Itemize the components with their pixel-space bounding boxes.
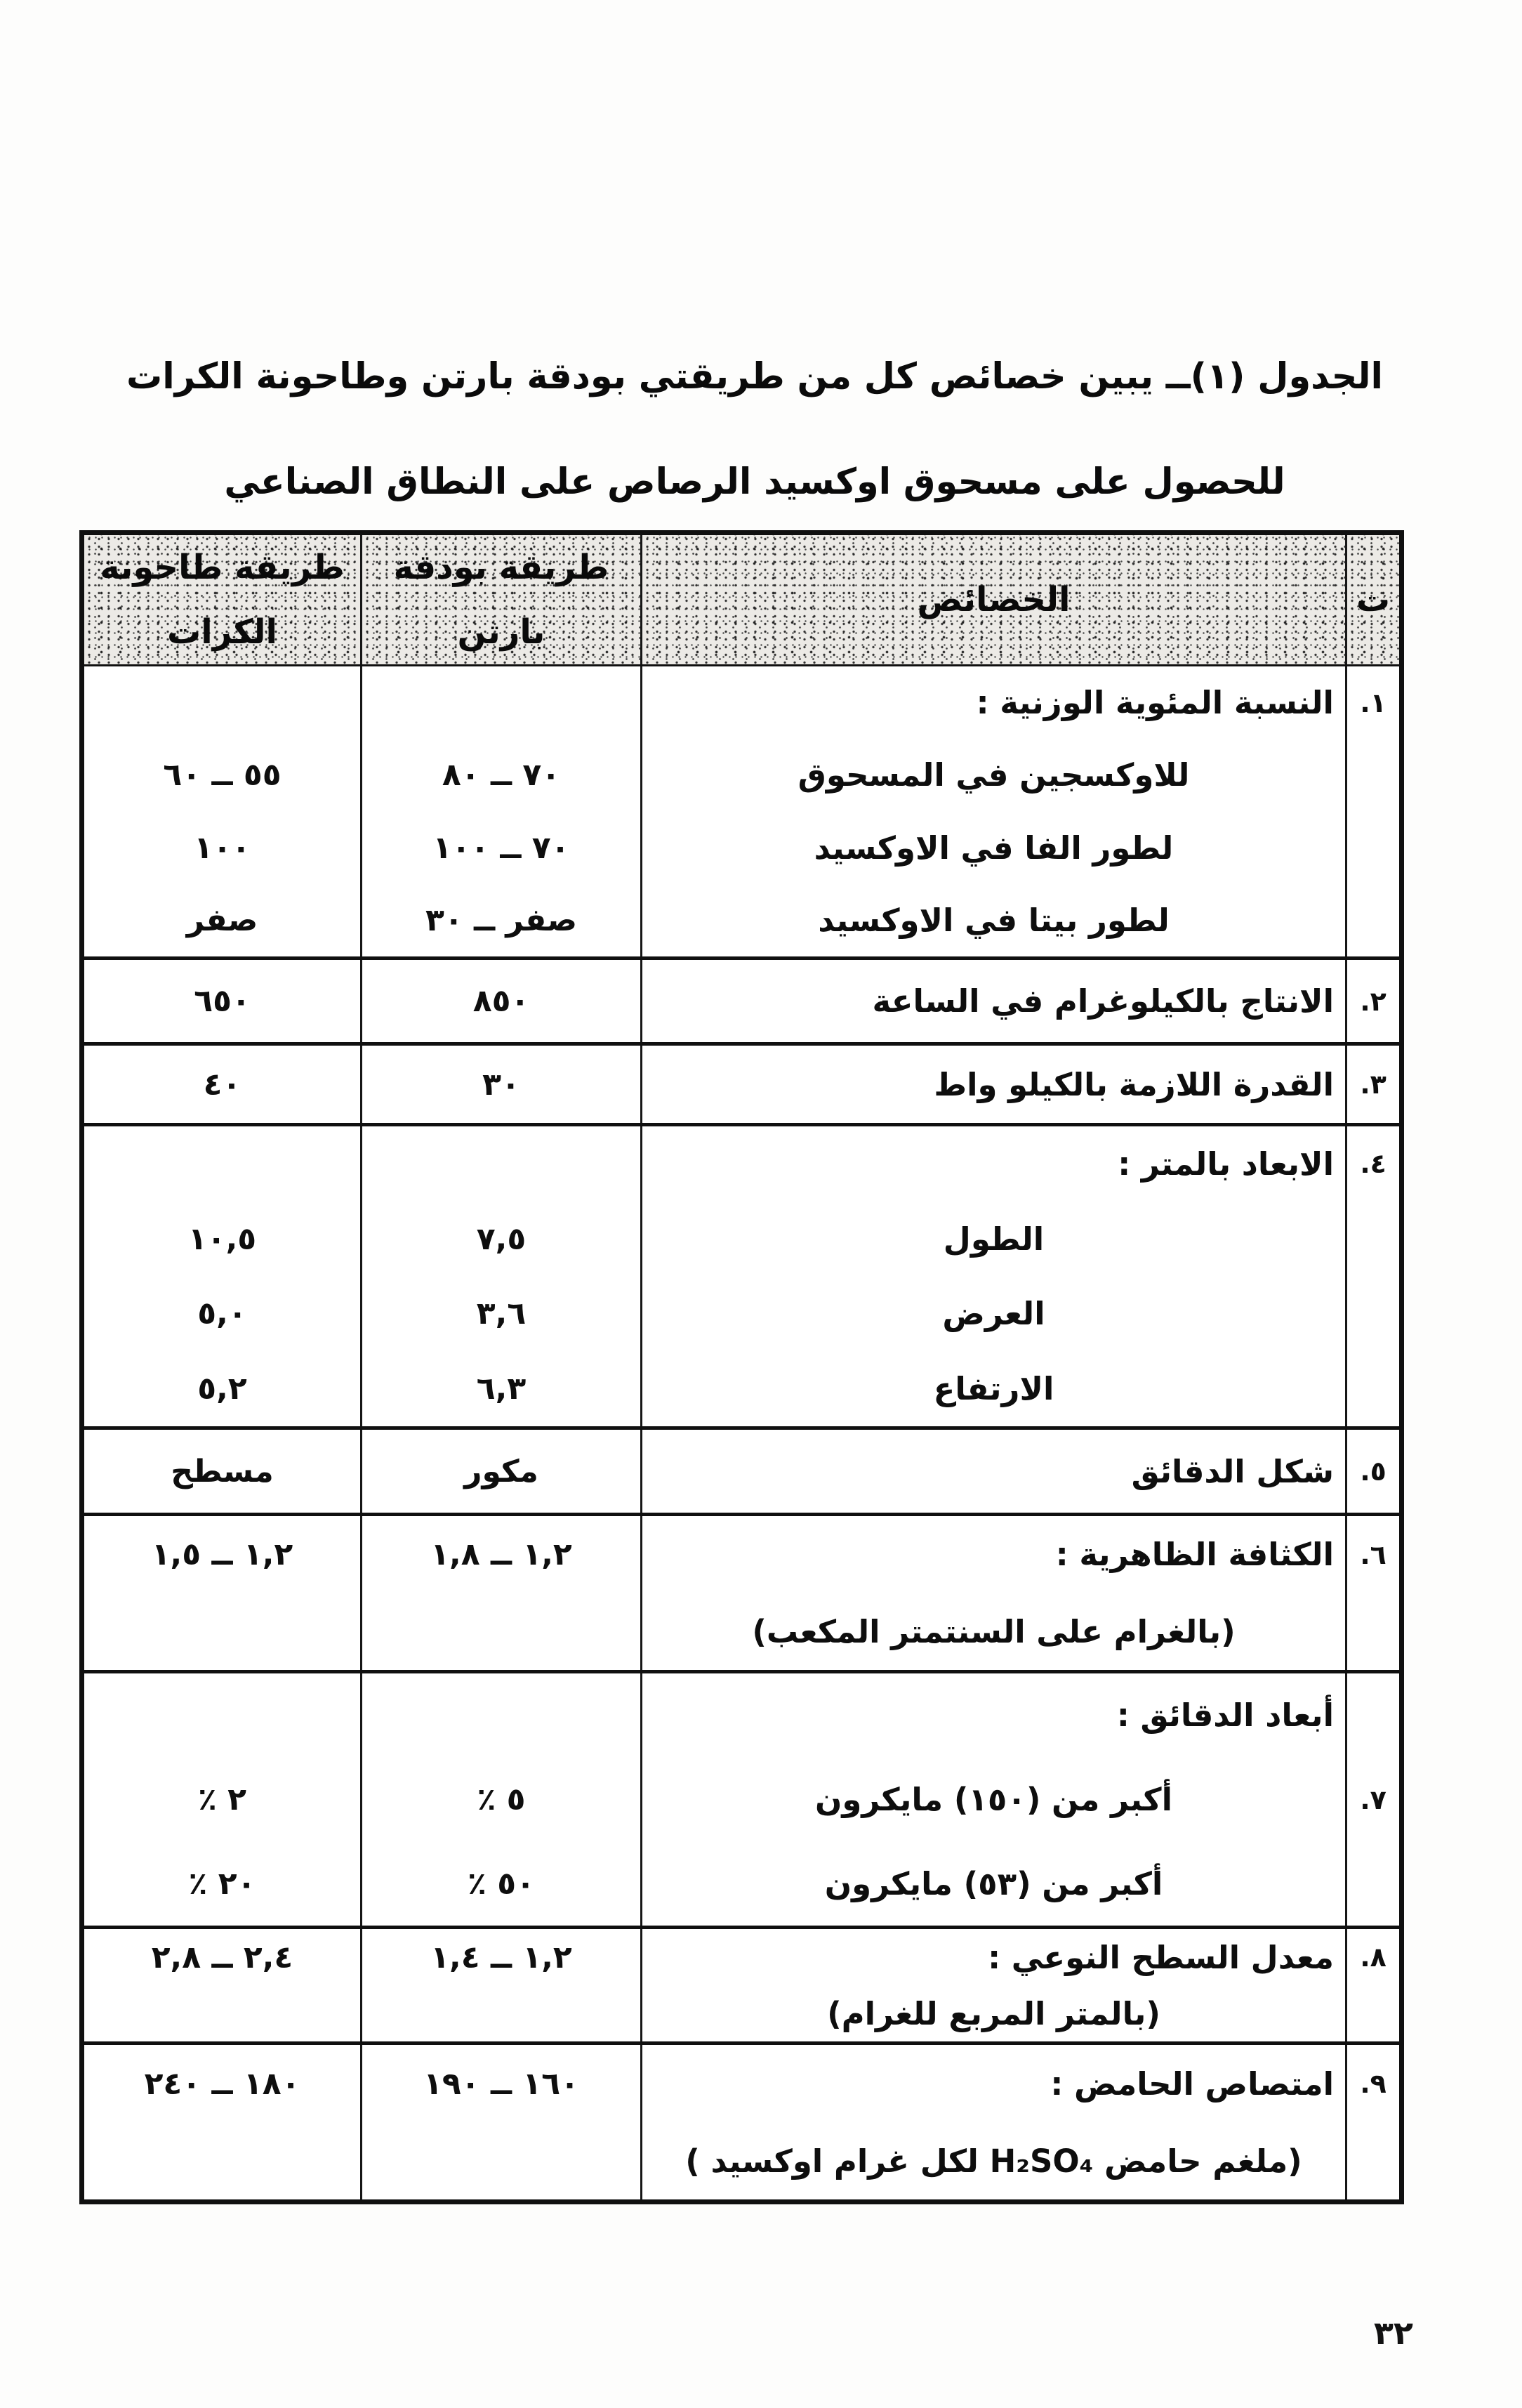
- row-number: ٥.: [1360, 1456, 1387, 1487]
- barton-value: ٦,٣: [477, 1371, 526, 1407]
- ballmill-value: ١٠٠: [194, 830, 251, 866]
- barton-value: صفر ــ ٣٠: [425, 902, 577, 938]
- row-number: ٧.: [1360, 1784, 1387, 1815]
- row-number: ٤.: [1360, 1148, 1387, 1179]
- barton-value-line: ٧٠ ــ ١٠٠: [362, 812, 640, 884]
- ballmill-value-line: [84, 1673, 360, 1758]
- table-row: ١.النسبة المئوية الوزنية :للاوكسجين في ا…: [84, 666, 1399, 960]
- row-number: ٦.: [1360, 1539, 1387, 1570]
- characteristic-cell: الانتاج بالكيلوغرام في الساعة: [640, 960, 1345, 1042]
- row-number-cell: ٥.: [1345, 1430, 1399, 1513]
- barton-value-cell: مكور: [360, 1430, 640, 1513]
- row-number: ٢.: [1360, 986, 1387, 1017]
- barton-value-line: ٧,٥: [362, 1202, 640, 1277]
- characteristic-cell: امتصاص الحامض :(ملغم حامض H₂SO₄ لكل غرام…: [640, 2045, 1345, 2199]
- ballmill-value: مسطح: [171, 1454, 274, 1489]
- barton-value-line: ١,٢ ــ ١,٤: [362, 1929, 640, 1985]
- document-page: الجدول (١)ــ يبين خصائص كل من طريقتي بود…: [0, 0, 1522, 2408]
- row-number-line: ٦.: [1347, 1516, 1399, 1593]
- ballmill-value: ٥,٠: [197, 1296, 246, 1331]
- ballmill-value-cell: ١٠,٥٥,٠٥,٢: [84, 1126, 360, 1426]
- table-row: ٦.الكثافة الظاهرية :(بالغرام على السنتمت…: [84, 1516, 1399, 1673]
- header-cell-ballmill-method: طريقة طاحونة الكرات: [84, 535, 360, 664]
- header-cell-number: ت: [1345, 535, 1399, 664]
- barton-value-cell: ٧,٥٣,٦٦,٣: [360, 1126, 640, 1426]
- row-number-line: ٨.: [1347, 1929, 1399, 1985]
- barton-value: مكور: [464, 1454, 538, 1489]
- ballmill-value-cell: ١٨٠ ــ ٢٤٠: [84, 2045, 360, 2199]
- barton-value-cell: ١٦٠ ــ ١٩٠: [360, 2045, 640, 2199]
- ballmill-value: ٢٠ ٪: [189, 1866, 256, 1902]
- characteristic-label: أكبر من (١٥٠) مايكرون: [815, 1781, 1172, 1818]
- ballmill-value-line: [84, 666, 360, 739]
- table-row: ٨.معدل السطح النوعي :(بالمتر المربع للغر…: [84, 1929, 1399, 2045]
- row-number-line: [1347, 1673, 1399, 1758]
- ballmill-value-cell: ٤٠: [84, 1046, 360, 1123]
- characteristic-label: معدل السطح النوعي :: [988, 1939, 1334, 1976]
- table-title-line-1: الجدول (١)ــ يبين خصائص كل من طريقتي بود…: [84, 324, 1425, 430]
- row-number-cell: ١.: [1345, 666, 1399, 956]
- characteristic-label: (ملغم حامض H₂SO₄ لكل غرام اوكسيد ): [685, 2143, 1302, 2180]
- characteristic-label-line: العرض: [642, 1277, 1345, 1352]
- row-number-line: [1347, 1593, 1399, 1671]
- table-title-line-2: للحصول على مسحوق اوكسيد الرصاص على النطا…: [84, 430, 1425, 535]
- characteristic-label-line: الانتاج بالكيلوغرام في الساعة: [642, 960, 1345, 1042]
- characteristic-label-line: أكبر من (١٥٠) مايكرون: [642, 1758, 1345, 1842]
- table-row: ٧.أبعاد الدقائق :أكبر من (١٥٠) مايكرونأك…: [84, 1673, 1399, 1929]
- characteristic-label-line: النسبة المئوية الوزنية :: [642, 666, 1345, 739]
- row-number-line: ٢.: [1347, 960, 1399, 1042]
- ballmill-value-line: [84, 1126, 360, 1202]
- characteristic-cell: شكل الدقائق: [640, 1430, 1345, 1513]
- characteristic-cell: الكثافة الظاهرية :(بالغرام على السنتمتر …: [640, 1516, 1345, 1670]
- barton-value: ١٦٠ ــ ١٩٠: [423, 2066, 579, 2102]
- barton-value: ٣,٦: [477, 1296, 526, 1331]
- characteristic-label: لطور الفا في الاوكسيد: [814, 829, 1174, 867]
- header-characteristics-label: الخصائص: [918, 567, 1071, 632]
- ballmill-value-line: [84, 2122, 360, 2199]
- header-cell-characteristics: الخصائص: [640, 535, 1345, 664]
- ballmill-value-line: مسطح: [84, 1430, 360, 1513]
- row-number-cell: ٩.: [1345, 2045, 1399, 2199]
- barton-value-cell: ٣٠: [360, 1046, 640, 1123]
- characteristic-label-line: لطور الفا في الاوكسيد: [642, 812, 1345, 884]
- ballmill-value-line: ٥,٢: [84, 1351, 360, 1426]
- row-number: ١.: [1360, 687, 1387, 718]
- characteristic-label-line: أبعاد الدقائق :: [642, 1673, 1345, 1758]
- ballmill-value: ٤٠: [204, 1067, 241, 1103]
- characteristic-label: (بالغرام على السنتمتر المكعب): [752, 1613, 1235, 1650]
- ballmill-value-line: صفر: [84, 884, 360, 956]
- ballmill-value: ٢ ٪: [198, 1782, 246, 1817]
- ballmill-value-line: ١,٢ ــ ١,٥: [84, 1516, 360, 1593]
- characteristic-cell: معدل السطح النوعي :(بالمتر المربع للغرام…: [640, 1929, 1345, 2041]
- barton-value-cell: ٨٥٠: [360, 960, 640, 1042]
- ballmill-value-line: ١٠٠: [84, 812, 360, 884]
- row-number-line: [1347, 1202, 1399, 1277]
- barton-value-line: ٨٥٠: [362, 960, 640, 1042]
- characteristic-label: العرض: [942, 1295, 1045, 1332]
- row-number-line: ٤.: [1347, 1126, 1399, 1202]
- table-row: ٥.شكل الدقائقمكورمسطح: [84, 1430, 1399, 1516]
- row-number: ٨.: [1360, 1942, 1387, 1973]
- barton-value: ٥٠ ٪: [468, 1866, 535, 1902]
- characteristic-label-line: (ملغم حامض H₂SO₄ لكل غرام اوكسيد ): [642, 2122, 1345, 2199]
- barton-value: ٧٠ ــ ١٠٠: [433, 830, 570, 866]
- ballmill-value-cell: ٢,٤ ــ ٢,٨: [84, 1929, 360, 2041]
- characteristic-label: النسبة المئوية الوزنية :: [977, 684, 1334, 721]
- ballmill-value-line: ٦٥٠: [84, 960, 360, 1042]
- ballmill-value: ٥,٢: [197, 1371, 246, 1407]
- barton-value-line: ٣٠: [362, 1046, 640, 1123]
- characteristic-label-line: للاوكسجين في المسحوق: [642, 739, 1345, 811]
- characteristic-label: أبعاد الدقائق :: [1117, 1697, 1334, 1734]
- characteristic-label-line: (بالمتر المربع للغرام): [642, 1985, 1345, 2041]
- barton-value: ٧,٥: [477, 1221, 526, 1257]
- header-number-label: ت: [1356, 567, 1390, 632]
- ballmill-value-line: ٢ ٪: [84, 1758, 360, 1842]
- characteristic-label-line: الابعاد بالمتر :: [642, 1126, 1345, 1202]
- barton-value-line: [362, 1673, 640, 1758]
- row-number-line: ٧.: [1347, 1758, 1399, 1842]
- barton-value-cell: ١,٢ ــ ١,٤: [360, 1929, 640, 2041]
- ballmill-value-cell: ١,٢ ــ ١,٥: [84, 1516, 360, 1670]
- characteristic-label-line: القدرة اللازمة بالكيلو واط: [642, 1046, 1345, 1123]
- characteristic-label: الابعاد بالمتر :: [1118, 1145, 1334, 1183]
- barton-value-line: ١٦٠ ــ ١٩٠: [362, 2045, 640, 2122]
- table-row: ٣.القدرة اللازمة بالكيلو واط٣٠٤٠: [84, 1046, 1399, 1126]
- table-row: ٩.امتصاص الحامض :(ملغم حامض H₂SO₄ لكل غر…: [84, 2045, 1399, 2199]
- barton-value-cell: ٥ ٪٥٠ ٪: [360, 1673, 640, 1926]
- ballmill-value: ٦٥٠: [194, 983, 251, 1019]
- characteristic-label-line: أكبر من (٥٣) مايكرون: [642, 1841, 1345, 1926]
- barton-value: ٧٠ ــ ٨٠: [442, 757, 560, 793]
- characteristic-label: القدرة اللازمة بالكيلو واط: [934, 1066, 1334, 1103]
- ballmill-value-line: ٢٠ ٪: [84, 1841, 360, 1926]
- characteristic-label-line: معدل السطح النوعي :: [642, 1929, 1345, 1985]
- barton-value: ١,٢ ــ ١,٨: [430, 1537, 572, 1572]
- characteristic-label: شكل الدقائق: [1132, 1453, 1334, 1490]
- characteristic-label-line: الارتفاع: [642, 1351, 1345, 1426]
- row-number-line: ٣.: [1347, 1046, 1399, 1123]
- barton-value-line: ١,٢ ــ ١,٨: [362, 1516, 640, 1593]
- characteristic-label: الانتاج بالكيلوغرام في الساعة: [872, 982, 1334, 1020]
- barton-value-line: ٣,٦: [362, 1277, 640, 1352]
- ballmill-value-cell: مسطح: [84, 1430, 360, 1513]
- characteristic-label: الارتفاع: [934, 1370, 1054, 1407]
- barton-value-line: ٦,٣: [362, 1351, 640, 1426]
- barton-value-line: [362, 666, 640, 739]
- table-body: ١.النسبة المئوية الوزنية :للاوكسجين في ا…: [84, 666, 1399, 2199]
- barton-value-line: [362, 2122, 640, 2199]
- characteristic-label: امتصاص الحامض :: [1050, 2065, 1334, 2103]
- barton-value-line: صفر ــ ٣٠: [362, 884, 640, 956]
- ballmill-value-line: ١٨٠ ــ ٢٤٠: [84, 2045, 360, 2122]
- barton-value-line: [362, 1985, 640, 2041]
- row-number-line: [1347, 739, 1399, 811]
- characteristic-label-line: شكل الدقائق: [642, 1430, 1345, 1513]
- header-ballmill-line-1: طريقة طاحونة: [100, 535, 345, 600]
- ballmill-value-line: ٤٠: [84, 1046, 360, 1123]
- header-barton-line-2: بارتن: [458, 600, 545, 664]
- row-number: ٣.: [1360, 1069, 1387, 1100]
- barton-value-line: ٧٠ ــ ٨٠: [362, 739, 640, 811]
- ballmill-value: ٥٥ ــ ٦٠: [163, 757, 281, 793]
- characteristic-cell: القدرة اللازمة بالكيلو واط: [640, 1046, 1345, 1123]
- header-barton-line-1: طريقة بودقة: [394, 535, 609, 600]
- characteristic-cell: أبعاد الدقائق :أكبر من (١٥٠) مايكرونأكبر…: [640, 1673, 1345, 1926]
- ballmill-value-cell: ٢ ٪٢٠ ٪: [84, 1673, 360, 1926]
- barton-value-line: ٥٠ ٪: [362, 1841, 640, 1926]
- ballmill-value: صفر: [187, 902, 258, 938]
- row-number-cell: ٤.: [1345, 1126, 1399, 1426]
- barton-value-line: [362, 1126, 640, 1202]
- row-number-cell: ٧.: [1345, 1673, 1399, 1926]
- row-number: ٩.: [1360, 2068, 1387, 2099]
- row-number-cell: ٣.: [1345, 1046, 1399, 1123]
- ballmill-value-cell: ٦٥٠: [84, 960, 360, 1042]
- characteristic-label-line: الطول: [642, 1202, 1345, 1277]
- characteristic-label-line: لطور بيتا في الاوكسيد: [642, 884, 1345, 956]
- row-number-line: [1347, 2122, 1399, 2199]
- characteristic-label-line: (بالغرام على السنتمتر المكعب): [642, 1593, 1345, 1671]
- characteristic-label: (بالمتر المربع للغرام): [827, 1995, 1160, 2032]
- row-number-cell: ٢.: [1345, 960, 1399, 1042]
- row-number-line: ٩.: [1347, 2045, 1399, 2122]
- barton-value-line: مكور: [362, 1430, 640, 1513]
- barton-value: ١,٢ ــ ١,٤: [430, 1940, 572, 1975]
- ballmill-value-line: [84, 1593, 360, 1671]
- ballmill-value: ٢,٤ ــ ٢,٨: [152, 1940, 293, 1975]
- page-number: ٣٢: [1374, 2314, 1413, 2352]
- characteristic-label: الطول: [944, 1221, 1044, 1258]
- row-number-line: [1347, 1985, 1399, 2041]
- ballmill-value-line: ١٠,٥: [84, 1202, 360, 1277]
- barton-value: ٣٠: [482, 1067, 520, 1103]
- characteristic-label: للاوكسجين في المسحوق: [798, 756, 1190, 794]
- table-row: ٤.الابعاد بالمتر :الطولالعرضالارتفاع٧,٥٣…: [84, 1126, 1399, 1430]
- row-number-line: [1347, 1841, 1399, 1926]
- header-cell-barton-method: طريقة بودقة بارتن: [360, 535, 640, 664]
- table-title: الجدول (١)ــ يبين خصائص كل من طريقتي بود…: [84, 324, 1425, 535]
- row-number-line: ٥.: [1347, 1430, 1399, 1513]
- header-ballmill-line-2: الكرات: [167, 600, 277, 664]
- barton-value-line: ٥ ٪: [362, 1758, 640, 1842]
- barton-value: ٥ ٪: [477, 1782, 525, 1817]
- characteristic-label: لطور بيتا في الاوكسيد: [818, 902, 1170, 939]
- characteristic-cell: النسبة المئوية الوزنية :للاوكسجين في الم…: [640, 666, 1345, 956]
- ballmill-value-cell: ٥٥ ــ ٦٠١٠٠صفر: [84, 666, 360, 956]
- characteristic-label-line: الكثافة الظاهرية :: [642, 1516, 1345, 1593]
- ballmill-value-line: ٥,٠: [84, 1277, 360, 1352]
- row-number-cell: ٦.: [1345, 1516, 1399, 1670]
- row-number-line: ١.: [1347, 666, 1399, 739]
- barton-value-cell: ١,٢ ــ ١,٨: [360, 1516, 640, 1670]
- ballmill-value: ١٠,٥: [188, 1221, 256, 1257]
- ballmill-value: ١٨٠ ــ ٢٤٠: [145, 2066, 300, 2102]
- row-number-line: [1347, 812, 1399, 884]
- row-number-line: [1347, 884, 1399, 956]
- characteristic-label-line: امتصاص الحامض :: [642, 2045, 1345, 2122]
- ballmill-value: ١,٢ ــ ١,٥: [152, 1537, 293, 1572]
- table-row: ٢.الانتاج بالكيلوغرام في الساعة٨٥٠٦٥٠: [84, 960, 1399, 1046]
- barton-value: ٨٥٠: [473, 983, 530, 1019]
- table-header-row: ت الخصائص طريقة بودقة بارتن طريقة طاحونة…: [84, 535, 1399, 666]
- characteristic-label: الكثافة الظاهرية :: [1056, 1536, 1334, 1573]
- row-number-cell: ٨.: [1345, 1929, 1399, 2041]
- row-number-line: [1347, 1277, 1399, 1352]
- barton-value-cell: ٧٠ ــ ٨٠٧٠ ــ ١٠٠صفر ــ ٣٠: [360, 666, 640, 956]
- barton-value-line: [362, 1593, 640, 1671]
- characteristic-label: أكبر من (٥٣) مايكرون: [825, 1865, 1163, 1902]
- ballmill-value-line: ٥٥ ــ ٦٠: [84, 739, 360, 811]
- ballmill-value-line: ٢,٤ ــ ٢,٨: [84, 1929, 360, 1985]
- row-number-line: [1347, 1351, 1399, 1426]
- characteristic-cell: الابعاد بالمتر :الطولالعرضالارتفاع: [640, 1126, 1345, 1426]
- ballmill-value-line: [84, 1985, 360, 2041]
- comparison-table: ت الخصائص طريقة بودقة بارتن طريقة طاحونة…: [79, 530, 1404, 2204]
